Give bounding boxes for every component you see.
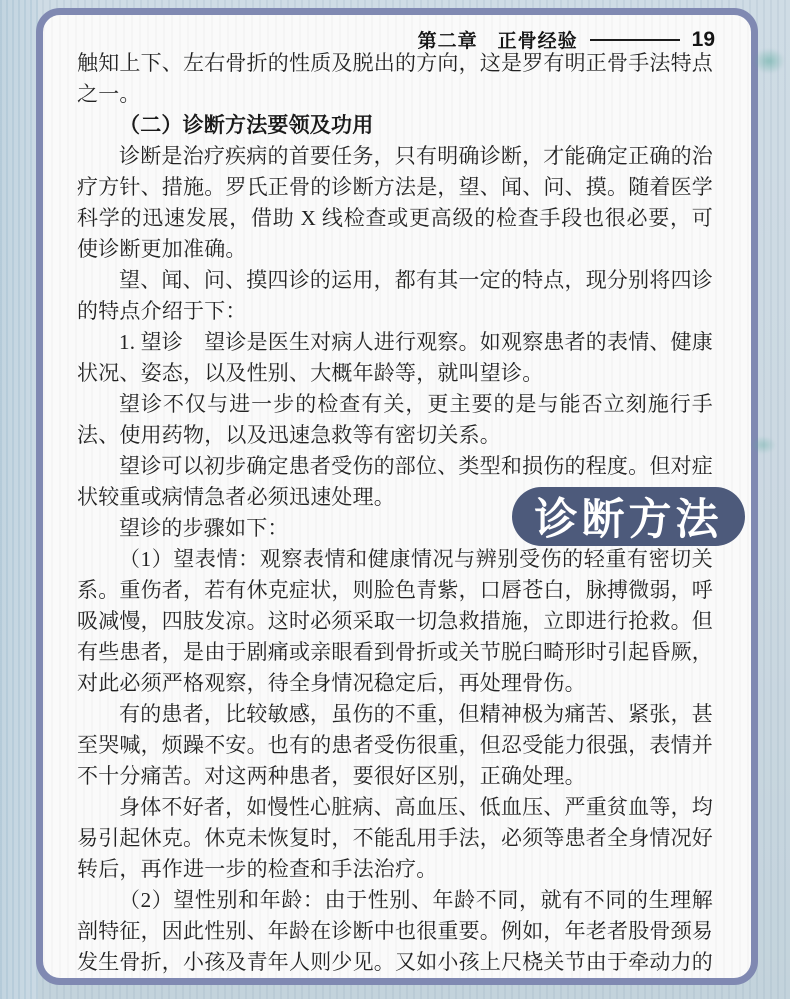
page-edge-strip <box>0 0 38 999</box>
paragraph: 有的患者，比较敏感，虽伤的不重，但精神极为痛苦、紧张，甚至哭喊，烦躁不安。也有的… <box>77 699 713 792</box>
header-rule <box>590 39 680 41</box>
diagnosis-method-stamp: 诊断方法 <box>512 487 745 546</box>
paragraph: 1. 望诊 望诊是医生对病人进行观察。如观察患者的表情、健康状况、姿态，以及性别… <box>77 327 713 389</box>
paragraph: 触知上下、左右骨折的性质及脱出的方向，这是罗有明正骨手法特点之一。 <box>77 48 713 110</box>
paragraph: 望诊不仅与进一步的检查有关，更主要的是与能否立刻施行手法、使用药物，以及迅速急救… <box>77 389 713 451</box>
scan-smudge-artifact <box>753 48 785 74</box>
paragraph: 诊断是治疗疾病的首要任务，只有明确诊断，才能确定正确的治疗方针、措施。罗氏正骨的… <box>77 141 713 265</box>
paragraph: 望、闻、问、摸四诊的运用，都有其一定的特点，现分别将四诊的特点介绍于下： <box>77 265 713 327</box>
paragraph: （1）望表情：观察表情和健康情况与辨别受伤的轻重有密切关系。重伤者，若有休克症状… <box>77 544 713 699</box>
scan-smudge-artifact <box>750 436 776 454</box>
paragraph: （2）望性别和年龄：由于性别、年龄不同，就有不同的生理解剖特征，因此性别、年龄在… <box>77 885 713 978</box>
paragraph: 身体不好者，如慢性心脏病、高血压、低血压、严重贫血等，均易引起休克。休克未恢复时… <box>77 792 713 885</box>
book-scan-canvas: 第二章 正骨经验 19 触知上下、左右骨折的性质及脱出的方向，这是罗有明正骨手法… <box>0 0 790 999</box>
section-heading: （二）诊断方法要领及功用 <box>77 110 713 141</box>
